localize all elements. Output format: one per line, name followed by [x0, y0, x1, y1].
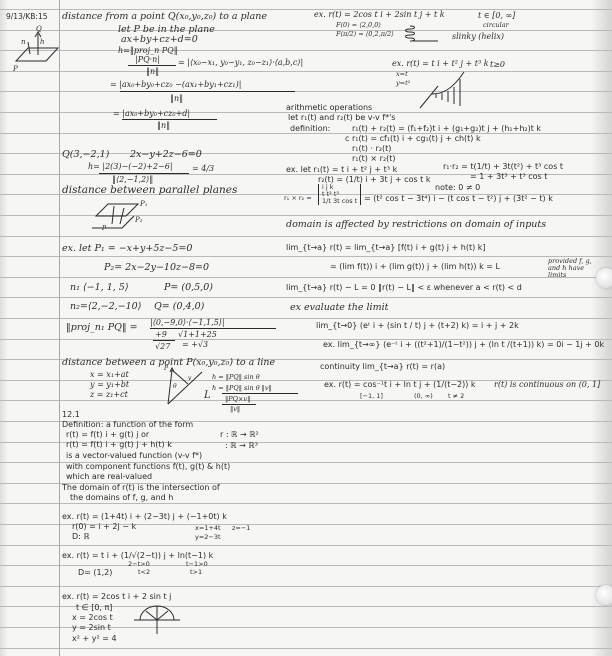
- h-definition: h=‖proj_n PQ‖: [118, 46, 178, 55]
- example-circle-x: x = 2cos t: [72, 613, 113, 622]
- helix-note-slinky: slinky (helix): [452, 32, 504, 41]
- limit-epsilon: lim_{t→a} r(t) − L = 0 ‖r(t) − L‖ < ε wh…: [286, 283, 522, 292]
- svg-text:h: h: [40, 38, 45, 46]
- helix-eq: ex. r(t) = 2cos t i + 2sin t j + t k: [314, 10, 445, 19]
- cubic-condition: t≥0: [490, 60, 505, 69]
- ruled-line: [0, 565, 612, 566]
- arith-ex-r1: ex. let r₁(t) = t i + t² j + t³ k: [286, 165, 397, 174]
- arithmetic-let: let r₁(t) and r₂(t) be v-v f*'s: [288, 113, 395, 122]
- example-circle-interval: t ∈ [0, π]: [76, 603, 112, 612]
- ruled-line: [0, 277, 612, 278]
- helix-f0: F(0) = ⟨2,0,0⟩: [336, 22, 381, 29]
- normal-n2: n₂=⟨2,−2,−10⟩: [70, 301, 141, 312]
- domain-line-2: the domains of f, g, and h: [70, 493, 173, 502]
- helix-interval: t ∈ [0, ∞]: [478, 11, 515, 20]
- plane-equation: ax+by+cz+d=0: [121, 34, 198, 45]
- ruled-line: [0, 236, 612, 237]
- parallel-planes-diagram: P₁ P₂ P: [90, 196, 160, 232]
- ex-plane-p1: ex. let P₁ = −x+y+5z−5=0: [62, 243, 192, 254]
- example-line-domain: D: ℝ: [72, 532, 90, 541]
- condition-1: 2−t>0: [128, 561, 150, 568]
- margin-line: [59, 0, 60, 656]
- ruled-line: [0, 256, 612, 257]
- limit-split: = (lim f(t)) i + (lim g(t)) j + (lim h(t…: [330, 262, 500, 271]
- h-cross-numerator: ‖PQ×v‖: [225, 396, 250, 403]
- limit-example-2: ex. lim_{t→∞} (e⁻ᵗ i + ((t²+1)/(1−t²)) j…: [323, 340, 604, 349]
- h-cross-denominator: ‖v‖: [230, 406, 240, 413]
- dot-definition: r₁(t) · r₂(t): [352, 144, 391, 153]
- domain-restriction-note: domain is affected by restrictions on do…: [286, 219, 546, 230]
- example-point-q: Q(3,−2,1): [62, 149, 109, 160]
- normal-n1: n₁ ⟨−1, 1, 5⟩: [70, 282, 129, 293]
- svg-text:P₂: P₂: [134, 216, 143, 224]
- continuity-domain-2: (0, ∞): [414, 393, 433, 400]
- arith-ex-r2: r₂(t) = (1/t) i + 3t j + cos t k: [318, 175, 430, 184]
- definition-label: definition:: [290, 124, 330, 133]
- ruled-line: [0, 586, 612, 587]
- svg-text:v: v: [188, 375, 192, 382]
- continuity-domain-1: [−1, 1]: [360, 393, 383, 400]
- helix-note-circular: circular: [483, 22, 509, 29]
- cross-result: = (t² cos t − 3t⁴) i − (t cos t − t²) j …: [364, 194, 553, 203]
- helix-sketch: [402, 24, 442, 48]
- arithmetic-heading: arithmetic operations: [286, 103, 372, 112]
- heading-parallel-planes: distance between parallel planes: [62, 185, 237, 196]
- ruled-line: [0, 91, 612, 92]
- example-plane: 2x−y+2z−6=0: [130, 149, 202, 160]
- h-sin-theta: h = ‖PQ‖ sin θ: [212, 374, 260, 381]
- ruled-line: [0, 71, 612, 72]
- step1-rhs: = |⟨x₀−x₁, y₀−y₁, z₀−z₁⟩·⟨a,b,c⟩|: [178, 58, 303, 67]
- point-p: P= (0,5,0): [164, 282, 213, 293]
- condition-2: t−1>0: [186, 561, 208, 568]
- cross-lhs: r₁ × r₂ =: [284, 195, 312, 202]
- example-circle-eq: ex. r(t) = 2cos t i + 2 sin t j: [62, 592, 171, 601]
- ruled-line: [0, 30, 612, 31]
- example-circle-y: y = 2sin t: [72, 623, 111, 632]
- ruled-line: [0, 648, 612, 649]
- step3-denominator: ‖n‖: [157, 121, 170, 130]
- plane-point-diagram: Q n h P: [8, 28, 63, 73]
- continuity-example: ex. r(t) = cos⁻¹t i + ln t j + (1/(t−2))…: [324, 380, 476, 389]
- condition-1b: t<2: [138, 569, 150, 576]
- svg-text:Q: Q: [36, 25, 42, 33]
- limit-definition: lim_{t→a} r(t) = lim_{t→a} [f(t) i + g(t…: [286, 243, 486, 252]
- svg-text:L: L: [203, 390, 211, 401]
- example-line-eq: ex. r(t) = (1+4t) i + (2−3t) j + (−1+0t)…: [62, 512, 227, 521]
- step1-denominator: ‖n‖: [146, 67, 159, 76]
- svg-text:P: P: [12, 65, 18, 73]
- ruled-line: [0, 297, 612, 298]
- definition-line-5: with component functions f(t), g(t) & h(…: [66, 462, 230, 471]
- example-h-denominator: ‖⟨2,−1,2⟩‖: [112, 175, 153, 184]
- cubic-eq: ex. r(t) = t i + t² j + t³ k: [392, 59, 489, 68]
- svg-text:P₁: P₁: [139, 200, 148, 208]
- limit-example-1: lim_{t→0} (eᵗ i + (sin t / t) j + (t+2) …: [316, 321, 519, 330]
- definition-line-3: r(t) = f(t) i + g(t) j + h(t) k: [66, 440, 172, 449]
- date-label: 9/13/KB:15: [6, 12, 48, 21]
- continuity-result: r(t) is continuous on (0, 1]: [494, 380, 600, 389]
- ruled-line: [0, 545, 612, 546]
- example-circle-relation: x² + y² = 4: [72, 634, 117, 643]
- ruled-line: [0, 133, 612, 134]
- arith-ex-dot-2: = 1 + 3t³ + t³ cos t: [470, 172, 547, 181]
- ruled-line: [0, 50, 612, 51]
- proj-denominator-2: √27: [155, 342, 170, 351]
- example-h-numerator: h= |2(3)−(−2)+2−6|: [88, 162, 173, 171]
- example-h-result: = 4/3: [192, 164, 214, 173]
- definition-line-6: which are real-valued: [66, 472, 152, 481]
- ruled-line: [0, 318, 612, 319]
- section-number: 12.1: [62, 410, 80, 419]
- cross-definition: r₁(t) × r₂(t): [352, 154, 396, 163]
- condition-2b: t>1: [190, 569, 202, 576]
- example-line-y: y=2−3t: [195, 534, 221, 541]
- param-y: y = y₁+bt: [90, 380, 129, 389]
- proj-numerator: |⟨0,−9,0⟩·⟨−1,1,5⟩|: [150, 318, 225, 327]
- cubic-curve-sketch: [418, 68, 468, 110]
- cubic-x: x=t: [396, 71, 408, 78]
- ruled-line: [0, 503, 612, 504]
- continuity-definition: continuity lim_{t→a} r(t) = r(a): [320, 362, 445, 371]
- param-x: x = x₁+at: [90, 370, 129, 379]
- punch-hole-lower: [596, 585, 612, 605]
- example-line-r0: r(0) = i + 2j − k: [72, 522, 136, 531]
- map-r3: : ℝ → ℝ³: [225, 441, 258, 450]
- definition-line-1: Definition: a function of the form: [62, 420, 193, 429]
- ruled-line: [0, 9, 612, 10]
- sum-definition: r₁(t) + r₂(t) = (f₁+f₂)t i + (g₁+g₂)t j …: [352, 124, 541, 133]
- point-q: Q= (0,4,0): [154, 301, 204, 312]
- det-row: 1/t 3t cos t: [322, 198, 357, 205]
- step2-denominator: ‖n‖: [170, 94, 183, 103]
- param-z: z = z₁+ct: [90, 390, 128, 399]
- heading-point-plane: distance from a point Q(x₀,y₀,z₀) to a p…: [62, 11, 267, 22]
- proj-denominator: √1+1+25: [178, 330, 217, 339]
- step2-numerator: = |ax₀+by₀+cz₀ −(ax₁+by₁+cz₁)|: [110, 80, 241, 89]
- cubic-y: y=t²: [396, 80, 410, 87]
- ruled-line: [0, 400, 612, 401]
- example-domain-result: D= (1,2): [78, 568, 112, 577]
- svg-text:θ: θ: [173, 383, 177, 390]
- step3-numerator: = |ax₀+by₀+cz₀+d|: [113, 109, 190, 118]
- proj-numerator-2: +9: [155, 330, 167, 339]
- continuity-domain-3: t ≠ 2: [448, 393, 464, 400]
- arith-ex-note: note: 0 ≠ 0: [435, 183, 480, 192]
- example-line-z: z=−1: [232, 525, 250, 532]
- punch-hole-upper: [596, 268, 612, 288]
- definition-line-2: r(t) = f(t) i + g(t) j or: [66, 430, 149, 439]
- svg-text:P: P: [163, 365, 169, 372]
- map-r2: r : ℝ → ℝ²: [220, 430, 259, 439]
- proj-lhs: ‖proj_n₁ PQ‖ =: [66, 322, 138, 333]
- evaluate-heading: ex evaluate the limit: [290, 302, 388, 313]
- determinant: i j k t t² t³ 1/t 3t cos t: [318, 184, 361, 205]
- step1-numerator: |PQ·n|: [135, 55, 160, 64]
- example-domain-eq: ex. r(t) = t i + (1/√(2−t)) j + ln(t−1) …: [62, 551, 213, 560]
- limit-provided-note: provided f, g, and h have limits: [548, 258, 598, 279]
- notebook-page: 9/13/KB:15 distance from a point Q(x₀,y₀…: [0, 0, 612, 656]
- svg-text:n: n: [21, 38, 26, 46]
- arith-ex-dot: r₁·r₂ = t(1/t) + 3t(t²) + t³ cos t: [443, 162, 563, 171]
- point-line-diagram: θ v L P: [158, 366, 218, 410]
- helix-f-pi-2: F(π/2) = ⟨0,2,π/2⟩: [336, 31, 394, 38]
- definition-line-4: is a vector-valued function (v-v f*): [66, 451, 202, 460]
- example-line-x: x=1+4t: [195, 525, 221, 532]
- proj-result: = +√3: [182, 340, 208, 349]
- scalar-definition: c r₁(t) = cf₁(t) i + cg₁(t) j + ch(t) k: [345, 134, 481, 143]
- domain-line-1: The domain of r(t) is the intersection o…: [62, 483, 220, 492]
- ex-plane-p2: P₂= 2x−2y−10z−8=0: [104, 262, 209, 273]
- h-sin-theta-v: h = ‖PQ‖ sin θ ‖v‖: [212, 385, 272, 392]
- semicircle-diagram: [132, 602, 182, 636]
